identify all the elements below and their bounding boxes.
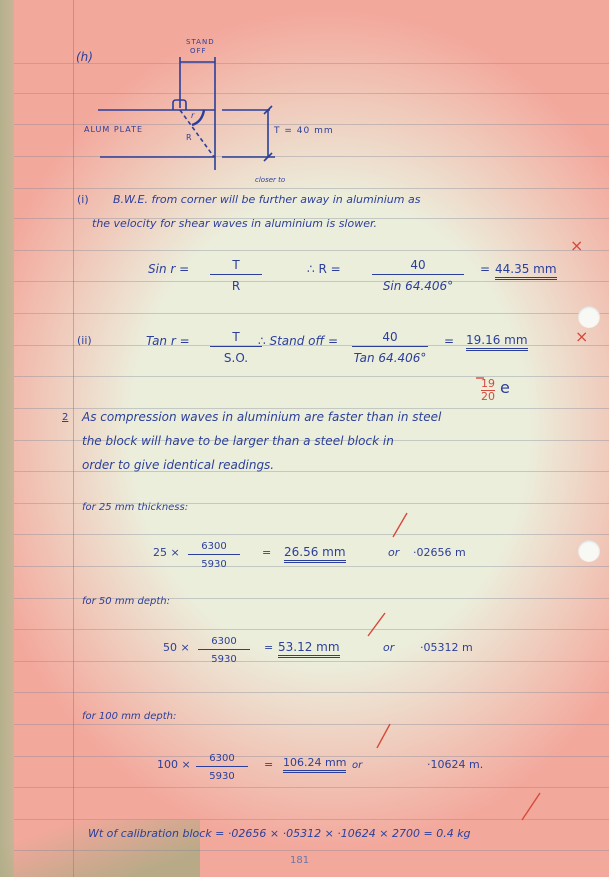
tick-marks (0, 0, 609, 877)
page-number: 181 (290, 855, 309, 866)
weight-calculation: Wt of calibration block = ·02656 × ·0531… (88, 827, 471, 840)
scanned-page: (h) STAND OFF ALUM PLATE r R T = 40 mm c… (0, 0, 609, 877)
